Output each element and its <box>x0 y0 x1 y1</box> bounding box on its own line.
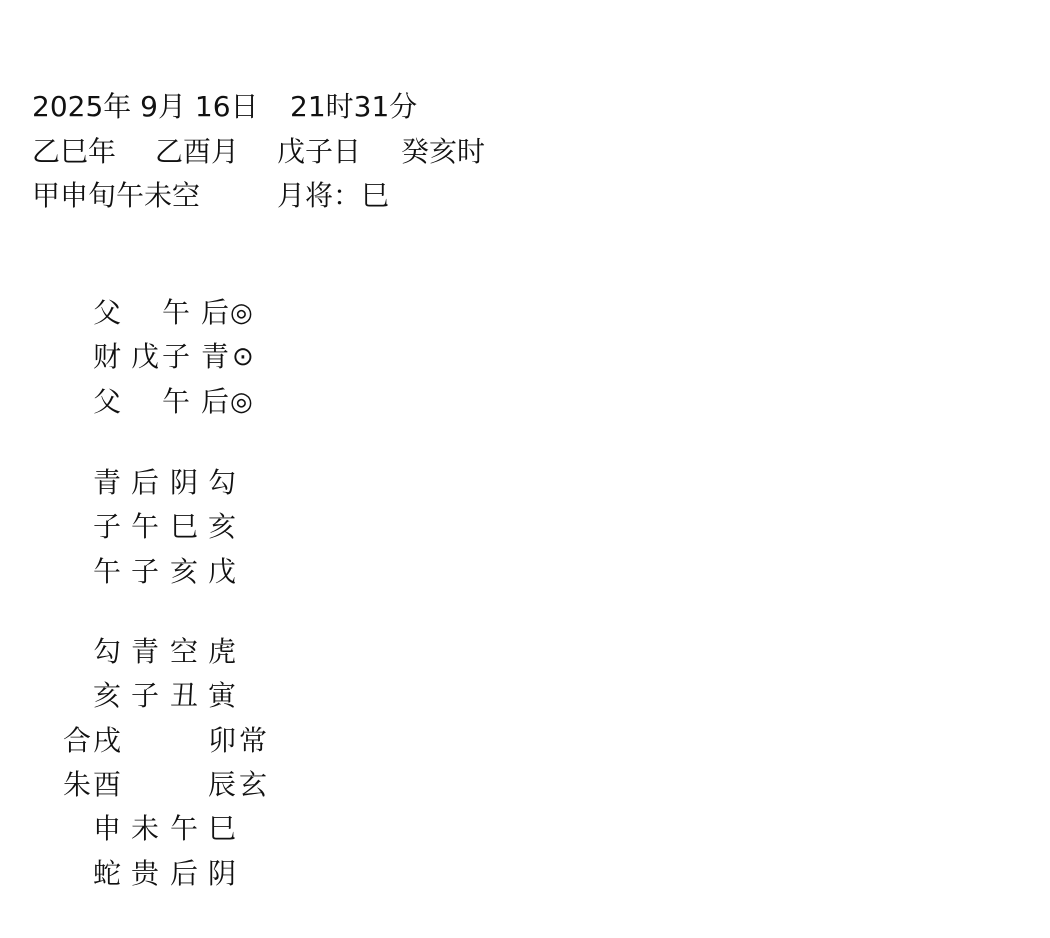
ke-lower-2: 子 <box>130 555 160 589</box>
ke-upper-2: 午 <box>130 510 160 544</box>
left-jiang-2: 朱 <box>62 768 92 802</box>
top-zhi-3: 丑 <box>169 679 199 713</box>
chuan-2-jiang: 青 <box>200 340 230 374</box>
right-zhi-2: 辰 <box>207 768 237 802</box>
top-jiang-2: 青 <box>130 635 160 669</box>
date-text: 2025年 9月 16日 <box>32 90 259 124</box>
month-ganzhi: 乙酉月 <box>155 135 239 169</box>
chuan-3-liuqin: 父 <box>92 385 122 419</box>
chuan-3-jiang: 后 <box>200 385 230 419</box>
top-zhi-2: 子 <box>130 679 160 713</box>
xun-kong: 甲申旬午未空 <box>32 179 200 213</box>
ke-lower-3: 亥 <box>169 555 199 589</box>
ke-jiang-1: 青 <box>92 466 122 500</box>
right-jiang-2: 玄 <box>238 768 268 802</box>
top-zhi-1: 亥 <box>92 679 122 713</box>
left-zhi-2: 酉 <box>92 768 122 802</box>
left-jiang-1: 合 <box>62 724 92 758</box>
bottom-jiang-2: 贵 <box>130 857 160 891</box>
ke-lower-4: 戊 <box>207 555 237 589</box>
double-circle-icon: ◎ <box>230 296 253 330</box>
chuan-2-zhi: 子 <box>161 340 191 374</box>
circle-dot-icon: ⊙ <box>232 340 254 374</box>
left-zhi-1: 戌 <box>92 724 122 758</box>
right-jiang-1: 常 <box>238 724 268 758</box>
ke-upper-3: 巳 <box>169 510 199 544</box>
bottom-jiang-1: 蛇 <box>92 857 122 891</box>
top-jiang-3: 空 <box>169 635 199 669</box>
top-jiang-1: 勾 <box>92 635 122 669</box>
ke-lower-1: 午 <box>92 555 122 589</box>
chuan-1-jiang: 后 <box>200 296 230 330</box>
day-ganzhi: 戊子日 <box>277 135 361 169</box>
bottom-zhi-2: 未 <box>130 812 160 846</box>
chuan-1-zhi: 午 <box>161 296 191 330</box>
time-text: 21时31分 <box>290 90 417 124</box>
bottom-jiang-4: 阴 <box>207 857 237 891</box>
ke-upper-1: 子 <box>92 510 122 544</box>
chuan-2-dungan: 戊 <box>130 340 160 374</box>
year-ganzhi: 乙巳年 <box>32 135 116 169</box>
top-zhi-4: 寅 <box>207 679 237 713</box>
bottom-zhi-3: 午 <box>169 812 199 846</box>
chuan-3-zhi: 午 <box>161 385 191 419</box>
ke-jiang-3: 阴 <box>169 466 199 500</box>
hour-ganzhi: 癸亥时 <box>401 135 485 169</box>
top-jiang-4: 虎 <box>207 635 237 669</box>
yue-jiang: 月将：巳 <box>277 179 389 213</box>
ke-jiang-4: 勾 <box>207 466 237 500</box>
chuan-2-liuqin: 财 <box>92 340 122 374</box>
ke-upper-4: 亥 <box>207 510 237 544</box>
chuan-1-liuqin: 父 <box>92 296 122 330</box>
bottom-jiang-3: 后 <box>169 857 199 891</box>
right-zhi-1: 卯 <box>207 724 237 758</box>
bottom-zhi-1: 申 <box>92 812 122 846</box>
bottom-zhi-4: 巳 <box>207 812 237 846</box>
double-circle-icon: ◎ <box>230 385 253 419</box>
ke-jiang-2: 后 <box>130 466 160 500</box>
